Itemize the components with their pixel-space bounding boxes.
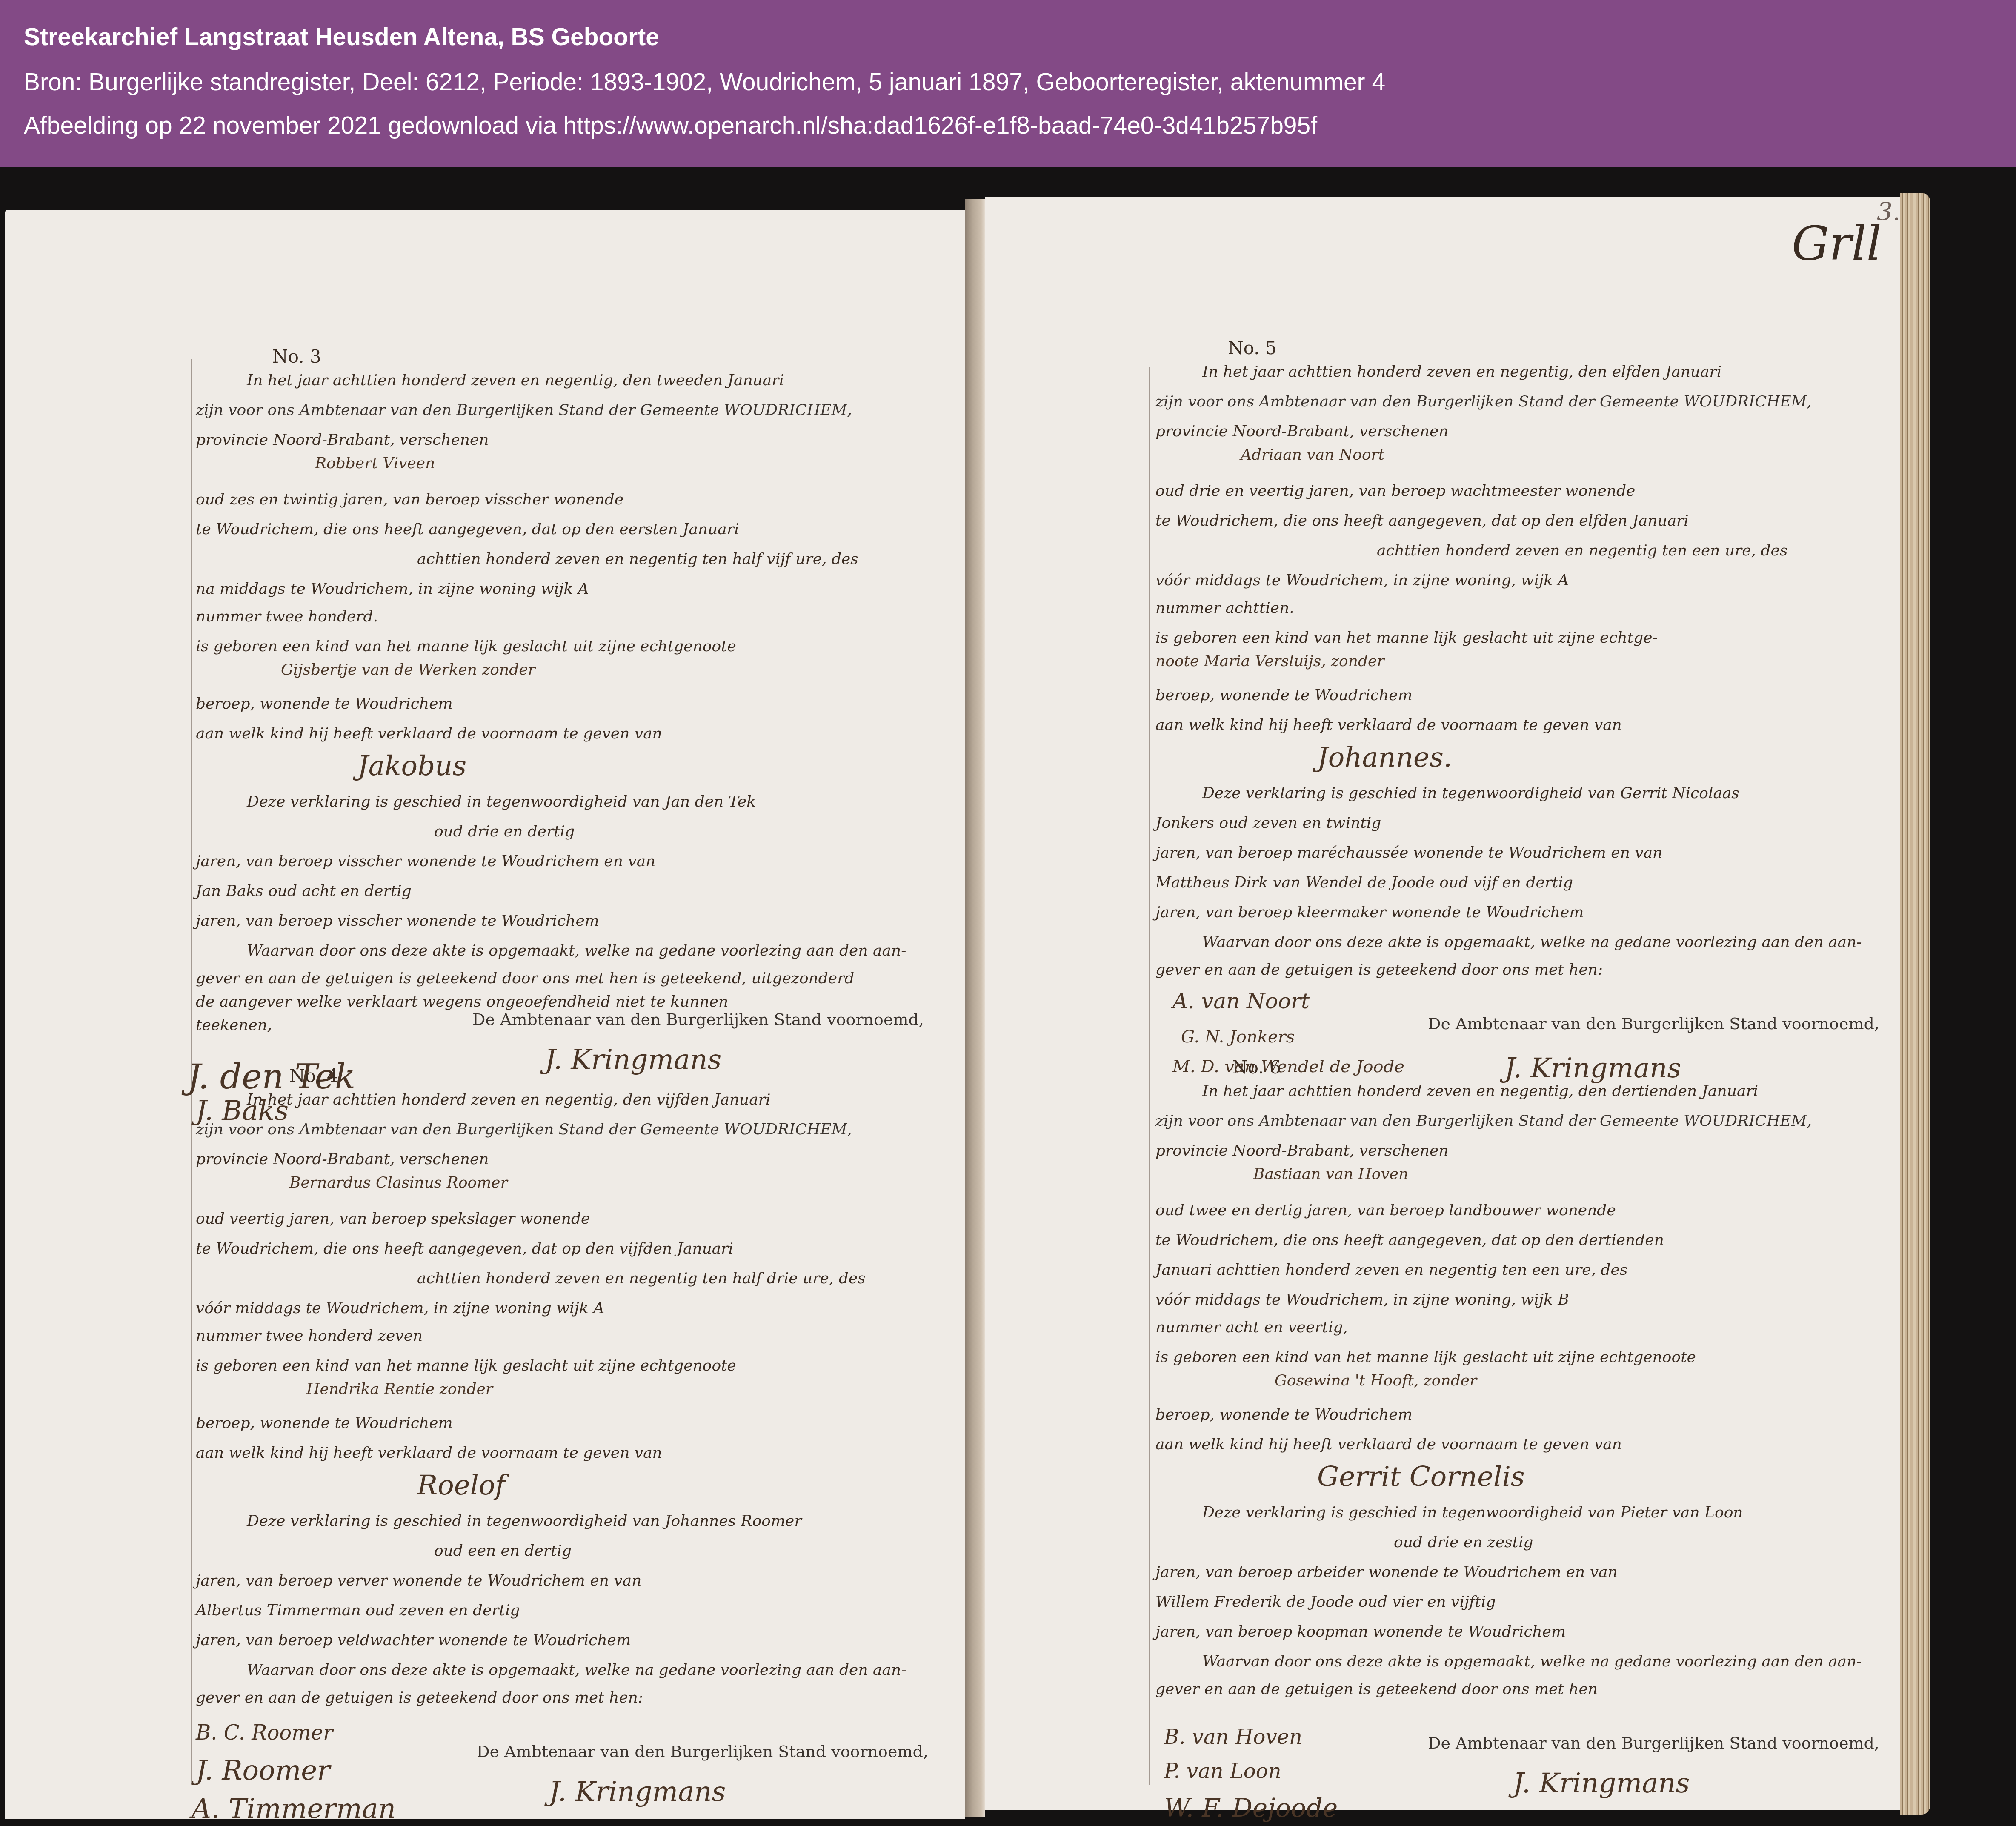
record-line: achttien honderd zeven en negentig ten h… bbox=[417, 1270, 866, 1287]
record-line: jaren, van beroep visscher wonende te Wo… bbox=[196, 853, 655, 870]
record-line: jaren, van beroep kleermaker wonende te … bbox=[1155, 904, 1584, 921]
record-line: teekenen, bbox=[196, 1016, 272, 1034]
record-number: No. 6 bbox=[1232, 1057, 1281, 1078]
record-line: provincie Noord-Brabant, verschenen bbox=[196, 431, 489, 449]
record-line: Willem Frederik de Joode oud vier en vij… bbox=[1155, 1593, 1496, 1611]
record-line: oud veertig jaren, van beroep spekslager… bbox=[196, 1210, 590, 1228]
record-line: nummer twee honderd. bbox=[196, 608, 378, 625]
archive-title: Streekarchief Langstraat Heusden Altena,… bbox=[24, 23, 659, 51]
record-line: provincie Noord-Brabant, verschenen bbox=[1155, 1142, 1448, 1159]
record-line: nummer acht en veertig, bbox=[1155, 1319, 1348, 1336]
record-line: Waarvan door ons deze akte is opgemaakt,… bbox=[1202, 933, 1862, 951]
record-line: is geboren een kind van het manne lijk g… bbox=[196, 1357, 736, 1374]
record-line: jaren, van beroep veldwachter wonende te… bbox=[196, 1631, 631, 1649]
record-line: te Woudrichem, die ons heeft aangegeven,… bbox=[196, 1240, 733, 1257]
declarant-name: Bernardus Clasinus Roomer bbox=[289, 1174, 508, 1191]
official-signature: J. Kringmans bbox=[549, 1776, 726, 1808]
record-line: Deze verklaring is geschied in tegenwoor… bbox=[247, 793, 756, 810]
record-line: te Woudrichem, die ons heeft aangegeven,… bbox=[1155, 1231, 1664, 1249]
register-scan: Grll 3. No. 3 In het jaar achttien honde… bbox=[0, 167, 2016, 1826]
record-number: No. 3 bbox=[272, 346, 321, 367]
corner-initials: Grll bbox=[1792, 216, 1882, 271]
witness-signature: W. F. Dejoode bbox=[1164, 1793, 1338, 1823]
record-line: nummer twee honderd zeven bbox=[196, 1327, 423, 1345]
record-line: vóór middags te Woudrichem, in zijne won… bbox=[196, 1299, 604, 1317]
official-title: De Ambtenaar van den Burgerlijken Stand … bbox=[472, 1010, 924, 1029]
record-line: oud drie en veertig jaren, van beroep wa… bbox=[1155, 482, 1635, 500]
record-line: aan welk kind hij heeft verklaard de voo… bbox=[1155, 1436, 1622, 1453]
record-line: is geboren een kind van het manne lijk g… bbox=[1155, 1348, 1696, 1366]
record-line: beroep, wonende te Woudrichem bbox=[1155, 1406, 1413, 1423]
record-line: jaren, van beroep koopman wonende te Wou… bbox=[1155, 1623, 1566, 1640]
record-line: vóór middags te Woudrichem, in zijne won… bbox=[1155, 572, 1569, 589]
record-line: te Woudrichem, die ons heeft aangegeven,… bbox=[196, 521, 739, 538]
record-line: zijn voor ons Ambtenaar van den Burgerli… bbox=[1155, 1112, 1812, 1130]
record-line: Mattheus Dirk van Wendel de Joode oud vi… bbox=[1155, 874, 1573, 891]
record-line: nummer achttien. bbox=[1155, 599, 1294, 617]
record-line: gever en aan de getuigen is geteekend do… bbox=[1155, 1680, 1598, 1698]
record-line: oud drie en dertig bbox=[434, 823, 575, 840]
record-line: aan welk kind hij heeft verklaard de voo… bbox=[196, 725, 662, 742]
official-title: De Ambtenaar van den Burgerlijken Stand … bbox=[1428, 1734, 1879, 1752]
page-edges bbox=[1900, 193, 1930, 1815]
record-line: zijn voor ons Ambtenaar van den Burgerli… bbox=[1155, 393, 1812, 410]
record-line: oud een en dertig bbox=[434, 1542, 572, 1560]
archive-banner: Streekarchief Langstraat Heusden Altena,… bbox=[0, 0, 2016, 167]
mother-name: Hendrika Rentie zonder bbox=[306, 1380, 493, 1398]
record-line: Deze verklaring is geschied in tegenwoor… bbox=[247, 1512, 802, 1530]
declarant-name: Robbert Viveen bbox=[315, 455, 435, 472]
child-name: Jakobus bbox=[357, 750, 466, 782]
record-line: gever en aan de getuigen is geteekend do… bbox=[196, 1689, 643, 1706]
record-line: Deze verklaring is geschied in tegenwoor… bbox=[1202, 784, 1739, 802]
witness-signature: P. van Loon bbox=[1164, 1759, 1281, 1783]
record-date-line: In het jaar achttien honderd zeven en ne… bbox=[1202, 363, 1721, 381]
record-line: jaren, van beroep verver wonende te Woud… bbox=[196, 1572, 641, 1589]
declarant-name: Bastiaan van Hoven bbox=[1253, 1165, 1408, 1183]
record-line: Jonkers oud zeven en twintig bbox=[1155, 814, 1381, 832]
record-line: Deze verklaring is geschied in tegenwoor… bbox=[1202, 1504, 1743, 1521]
record-line: oud drie en zestig bbox=[1394, 1534, 1533, 1551]
record-line: gever en aan de getuigen is geteekend do… bbox=[196, 970, 854, 987]
official-signature: J. Kringmans bbox=[545, 1044, 721, 1076]
record-date-line: In het jaar achttien honderd zeven en ne… bbox=[247, 372, 784, 389]
witness-signature: G. N. Jonkers bbox=[1181, 1027, 1295, 1047]
record-line: jaren, van beroep maréchaussée wonende t… bbox=[1155, 844, 1662, 861]
record-line: Jan Baks oud acht en dertig bbox=[196, 882, 412, 900]
record-line: aan welk kind hij heeft verklaard de voo… bbox=[196, 1444, 662, 1462]
download-note: Afbeelding op 22 november 2021 gedownloa… bbox=[24, 112, 1317, 140]
record-line: provincie Noord-Brabant, verschenen bbox=[1155, 423, 1448, 440]
record-line: zijn voor ons Ambtenaar van den Burgerli… bbox=[196, 401, 852, 419]
record-line: Waarvan door ons deze akte is opgemaakt,… bbox=[1202, 1653, 1862, 1670]
record-line: aan welk kind hij heeft verklaard de voo… bbox=[1155, 716, 1622, 734]
witness-signature: A. van Noort bbox=[1172, 989, 1310, 1013]
record-date-line: In het jaar achttien honderd zeven en ne… bbox=[247, 1091, 770, 1108]
official-signature: J. Kringmans bbox=[1513, 1768, 1690, 1799]
record-line: beroep, wonende te Woudrichem bbox=[196, 1414, 453, 1432]
page-number: 3. bbox=[1877, 197, 1900, 226]
witness-signature: B. van Hoven bbox=[1164, 1725, 1302, 1749]
record-line: jaren, van beroep visscher wonende te Wo… bbox=[196, 912, 599, 930]
record-line: beroep, wonende te Woudrichem bbox=[196, 695, 453, 713]
record-line: de aangever welke verklaart wegens ongeo… bbox=[196, 993, 728, 1010]
official-title: De Ambtenaar van den Burgerlijken Stand … bbox=[477, 1742, 928, 1761]
record-number: No. 4 bbox=[289, 1065, 338, 1086]
mother-name: noote Maria Versluijs, zonder bbox=[1155, 653, 1384, 670]
record-line: is geboren een kind van het manne lijk g… bbox=[1155, 629, 1658, 647]
right-margin-rule bbox=[1149, 367, 1150, 1785]
child-name: Johannes. bbox=[1317, 742, 1452, 773]
witness-signature: M. D. van Wendel de Joode bbox=[1172, 1057, 1404, 1076]
record-line: zijn voor ons Ambtenaar van den Burgerli… bbox=[196, 1121, 852, 1138]
record-line: na middags te Woudrichem, in zijne wonin… bbox=[196, 580, 589, 598]
record-number: No. 5 bbox=[1228, 338, 1277, 358]
declarant-name: Adriaan van Noort bbox=[1241, 446, 1384, 464]
record-line: achttien honderd zeven en negentig ten e… bbox=[1377, 542, 1787, 559]
official-title: De Ambtenaar van den Burgerlijken Stand … bbox=[1428, 1014, 1879, 1033]
record-line: vóór middags te Woudrichem, in zijne won… bbox=[1155, 1291, 1569, 1308]
record-line: te Woudrichem, die ons heeft aangegeven,… bbox=[1155, 512, 1689, 529]
record-line: Januari achttien honderd zeven en negent… bbox=[1155, 1261, 1627, 1279]
mother-name: Gosewina 't Hooft, zonder bbox=[1275, 1372, 1477, 1389]
record-line: oud twee en dertig jaren, van beroep lan… bbox=[1155, 1202, 1616, 1219]
record-date-line: In het jaar achttien honderd zeven en ne… bbox=[1202, 1082, 1758, 1100]
record-line: Waarvan door ons deze akte is opgemaakt,… bbox=[247, 942, 906, 959]
record-line: gever en aan de getuigen is geteekend do… bbox=[1155, 961, 1603, 979]
record-line: provincie Noord-Brabant, verschenen bbox=[196, 1151, 489, 1168]
record-line: Waarvan door ons deze akte is opgemaakt,… bbox=[247, 1661, 906, 1679]
source-citation: Bron: Burgerlijke standregister, Deel: 6… bbox=[24, 68, 1385, 96]
record-line: beroep, wonende te Woudrichem bbox=[1155, 687, 1413, 704]
record-line: jaren, van beroep arbeider wonende te Wo… bbox=[1155, 1563, 1618, 1581]
record-line: achttien honderd zeven en negentig ten h… bbox=[417, 550, 858, 568]
witness-signature: A. Timmerman bbox=[192, 1793, 396, 1825]
mother-name: Gijsbertje van de Werken zonder bbox=[281, 661, 535, 678]
official-signature: J. Kringmans bbox=[1504, 1053, 1681, 1084]
record-line: Albertus Timmerman oud zeven en dertig bbox=[196, 1602, 520, 1619]
child-name: Gerrit Cornelis bbox=[1317, 1461, 1525, 1493]
witness-signature: J. Roomer bbox=[196, 1755, 330, 1786]
witness-signature: B. C. Roomer bbox=[196, 1721, 333, 1745]
record-line: is geboren een kind van het manne lijk g… bbox=[196, 638, 736, 655]
record-line: oud zes en twintig jaren, van beroep vis… bbox=[196, 491, 623, 508]
child-name: Roelof bbox=[417, 1470, 505, 1501]
book-gutter bbox=[965, 199, 985, 1817]
